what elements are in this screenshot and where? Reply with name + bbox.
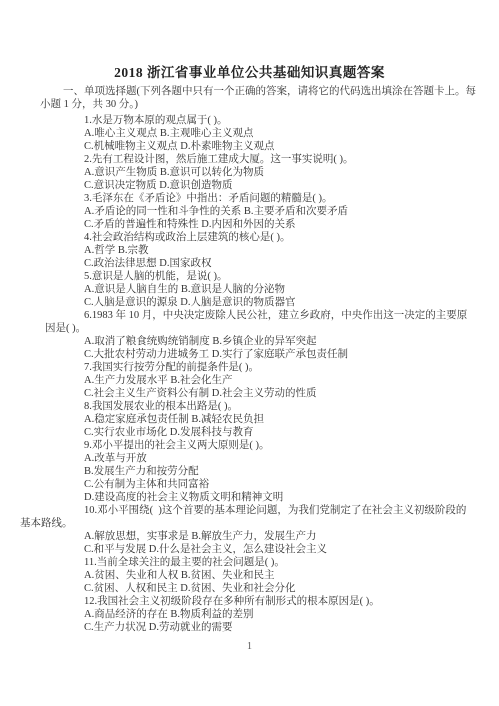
document-title: 2018 浙江省事业单位公共基础知识真题答案: [0, 61, 499, 81]
text-line: 5.意识是人脑的机能，是说( )。: [0, 270, 499, 283]
text-line: 11.当前全球关注的最主要的社会问题是( )。: [0, 556, 499, 569]
page-number: 1: [0, 641, 499, 652]
text-line: C.机械唯物主义观点 D.朴素唯物主义观点: [0, 140, 499, 153]
text-line: A.解放思想，实事求是 B.解放生产力，发展生产力: [0, 530, 499, 543]
text-line: A.生产力发展水平 B.社会化生产: [0, 374, 499, 387]
text-line: 因是( )。: [0, 322, 499, 335]
text-line: 3.毛泽东在《矛盾论》中指出：矛盾问题的精髓是( )。: [0, 192, 499, 205]
text-line: 基本路线。: [0, 517, 499, 530]
text-line: 8.我国发展农业的根本出路是( )。: [0, 400, 499, 413]
text-line: B.发展生产力和按劳分配: [0, 465, 499, 478]
intro-paragraph: 一、单项选择题(下列各题中只有一个正确的答案，请将它的代码选出填涂在答题卡上。每…: [0, 85, 499, 111]
text-line: 10.邓小平围绕( )这个首要的基本理论问题，为我们党制定了在社会主义初级阶段的: [0, 504, 499, 517]
text-line: A.取消了粮食统购统销制度 B.乡镇企业的异军突起: [0, 335, 499, 348]
text-line: A.意识产生物质 B.意识可以转化为物质: [0, 166, 499, 179]
text-line: A.哲学 B.宗教: [0, 244, 499, 257]
text-line: 小题 1 分，共 30 分。): [0, 98, 499, 111]
text-line: A.稳定家庭承包责任制 B.减轻农民负担: [0, 413, 499, 426]
text-line: 一、单项选择题(下列各题中只有一个正确的答案，请将它的代码选出填涂在答题卡上。每: [0, 85, 499, 98]
text-line: A.唯心主义观点 B.主观唯心主义观点: [0, 127, 499, 140]
text-line: C.矛盾的普遍性和特殊性 D.内因和外因的关系: [0, 218, 499, 231]
text-line: 9.邓小平提出的社会主义两大原则是( )。: [0, 439, 499, 452]
text-line: A.商品经济的存在 B.物质利益的差别: [0, 608, 499, 621]
text-line: C.政治法律思想 D.国家政权: [0, 257, 499, 270]
text-line: C.大批农村劳动力进城务工 D.实行了家庭联产承包责任制: [0, 348, 499, 361]
text-line: C.生产力状况 D.劳动就业的需要: [0, 621, 499, 634]
questions-block: 1.水是万物本原的观点属于( )。A.唯心主义观点 B.主观唯心主义观点C.机械…: [0, 114, 499, 634]
text-line: C.贫困、人权和民主 D.贫困、失业和社会分化: [0, 582, 499, 595]
document-body: 一、单项选择题(下列各题中只有一个正确的答案，请将它的代码选出填涂在答题卡上。每…: [0, 85, 499, 634]
text-line: D.建设高度的社会主义物质文明和精神文明: [0, 491, 499, 504]
text-line: C.和平与发展 D.什么是社会主义，怎么建设社会主义: [0, 543, 499, 556]
text-line: 4.社会政治结构或政治上层建筑的核心是( )。: [0, 231, 499, 244]
text-line: 2.先有工程设计图，然后施工建成大厦。这一事实说明( )。: [0, 153, 499, 166]
text-line: C.社会主义生产资料公有制 D.社会主义劳动的性质: [0, 387, 499, 400]
text-line: A.矛盾论的同一性和斗争性的关系 B.主要矛盾和次要矛盾: [0, 205, 499, 218]
text-line: C.公有制为主体和共同富裕: [0, 478, 499, 491]
text-line: 7.我国实行按劳分配的前提条件是( )。: [0, 361, 499, 374]
text-line: A.贫困、失业和人权 B.贫困、失业和民主: [0, 569, 499, 582]
text-line: 12.我国社会主义初级阶段存在多种所有制形式的根本原因是( )。: [0, 595, 499, 608]
document-page: 2018 浙江省事业单位公共基础知识真题答案 一、单项选择题(下列各题中只有一个…: [0, 0, 499, 706]
text-line: C.意识决定物质 D.意识创造物质: [0, 179, 499, 192]
text-line: 6.1983 年 10 月，中央决定废除人民公社，建立乡政府，中央作出这一决定的…: [0, 309, 499, 322]
text-line: 1.水是万物本原的观点属于( )。: [0, 114, 499, 127]
text-line: C.实行农业市场化 D.发展科技与教育: [0, 426, 499, 439]
text-line: A.改革与开放: [0, 452, 499, 465]
text-line: A.意识是人脑自生的 B.意识是人脑的分泌物: [0, 283, 499, 296]
text-line: C.人脑是意识的源泉 D.人脑是意识的物质器官: [0, 296, 499, 309]
